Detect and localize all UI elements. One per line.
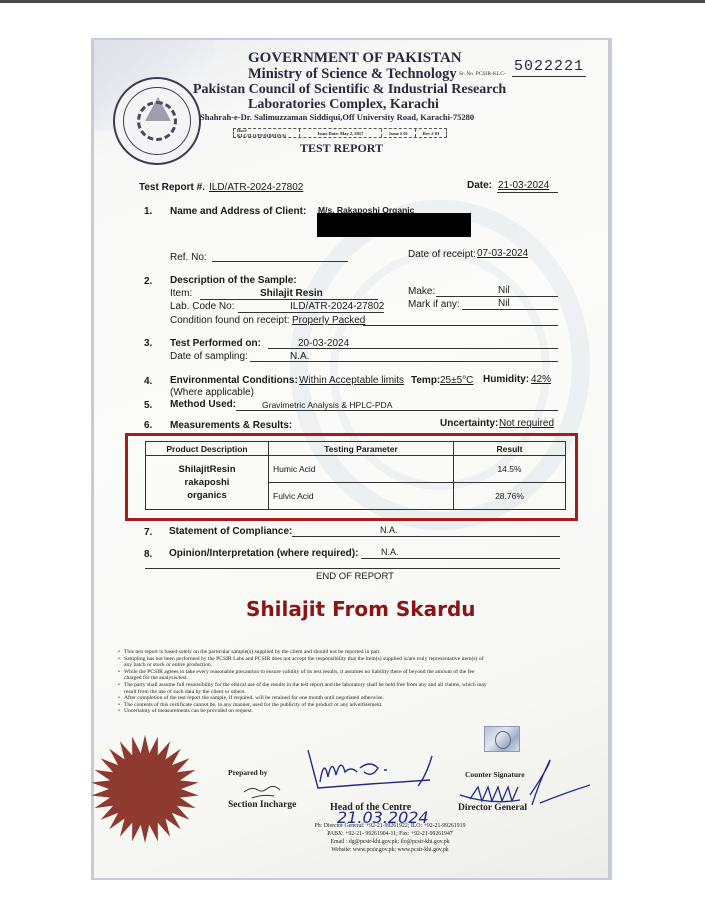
redacted-address <box>317 213 471 237</box>
report-title: TEST REPORT <box>300 141 383 156</box>
ref-no-label: Ref. No: <box>170 252 207 263</box>
section-5-number: 5. <box>144 400 152 411</box>
disclaimer-item: This test report is based solely on the … <box>118 649 488 656</box>
product-line-3: organics <box>150 489 264 502</box>
environment-note: (Where applicable) <box>170 387 254 398</box>
item-value: Shilajit Resin <box>260 288 323 299</box>
director-signature-icon <box>440 755 590 825</box>
header-result: Result <box>454 442 566 456</box>
sampling-underline <box>250 361 558 362</box>
end-of-report: END OF REPORT <box>316 571 394 582</box>
compliance-value: N.A. <box>380 525 398 535</box>
header-organization: Pakistan Council of Scientific & Industr… <box>193 82 506 98</box>
client-label: Name and Address of Client: <box>170 206 306 217</box>
disclaimer-item: The party shall assume full resonsibilit… <box>118 682 488 695</box>
condition-label: Condition found on receipt: <box>170 315 290 326</box>
document-control-box: Doc# KLC/ILO/FF/018/01(NA) Issue Date: M… <box>233 128 447 138</box>
make-label: Make: <box>408 286 435 297</box>
section-4-number: 4. <box>144 376 152 387</box>
make-underline <box>436 296 558 297</box>
temp-label: Temp: <box>411 375 440 386</box>
issue-number: Issue # 01 <box>382 129 416 137</box>
revision-number: Rev # 03 <box>416 129 446 137</box>
receipt-date-label: Date of receipt: <box>408 249 476 260</box>
uncertainty-label: Uncertainty: <box>440 418 498 429</box>
report-date-label: Date: <box>467 180 492 191</box>
head-signature-icon <box>300 740 450 810</box>
section-6-number: 6. <box>144 420 152 431</box>
parameter-cell: Fulvic Acid <box>269 483 454 510</box>
condition-value: Properly Packed <box>292 315 365 326</box>
emblem-triangle <box>145 97 171 121</box>
contact-pabx: PABX: +92-21- 99261904-11; Fax: +92-21-9… <box>290 830 490 838</box>
serial-number: 5022221 <box>512 58 586 77</box>
header-parameter: Testing Parameter <box>269 442 454 456</box>
pcsir-emblem-icon <box>113 77 201 165</box>
mark-underline <box>462 309 558 310</box>
uncertainty-value: Not required <box>499 418 554 429</box>
temp-value: 25±5°C <box>440 375 473 386</box>
results-table: Product Description Testing Parameter Re… <box>145 441 566 510</box>
humidity-label: Humidity: <box>483 374 529 385</box>
disclaimer-item: Sampling has not been performed by the P… <box>118 656 488 669</box>
opinion-value: N.A. <box>381 547 399 557</box>
disclaimer-item: While the PCSIR agrees to take every rea… <box>118 669 488 682</box>
opinion-label: Opinion/Interpretation (where required): <box>169 548 358 559</box>
table-row: ShilajitResin rakaposhi organics Humic A… <box>146 456 566 483</box>
receipt-date: 07-03-2024 <box>477 248 528 259</box>
result-cell: 28.76% <box>454 483 566 510</box>
mark-label: Mark if any: <box>408 299 460 310</box>
end-divider <box>145 568 560 569</box>
make-value: Nil <box>498 285 510 296</box>
serial-label: Sr. No. PCSIR-KLC- <box>459 71 506 77</box>
result-cell: 14.5% <box>454 456 566 483</box>
product-description-cell: ShilajitResin rakaposhi organics <box>146 456 269 510</box>
header-lab: Laboratories Complex, Karachi <box>248 97 439 113</box>
item-underline <box>200 299 378 300</box>
test-date-underline <box>268 348 558 349</box>
parameter-cell: Humic Acid <box>269 456 454 483</box>
official-seal-icon <box>90 734 200 844</box>
report-number-label: Test Report #. <box>139 182 205 193</box>
section-incharge-signature-icon <box>230 770 290 810</box>
condition-underline <box>363 325 558 326</box>
disclaimer-list: This test report is based solely on the … <box>118 649 488 715</box>
humidity-value: 42% <box>531 374 551 385</box>
sample-description-label: Description of the Sample: <box>170 275 297 286</box>
section-2-number: 2. <box>144 276 152 287</box>
results-label: Measurements & Results: <box>170 420 292 431</box>
doc-number: Doc# KLC/ILO/FF/018/01(NA) <box>234 129 300 137</box>
method-label: Method Used: <box>170 399 236 410</box>
method-value: Gravimetric Analysis & HPLC-PDA <box>262 400 392 410</box>
table-header-row: Product Description Testing Parameter Re… <box>146 442 566 456</box>
environment-label: Environmental Conditions: <box>170 375 298 386</box>
compliance-label: Statement of Compliance: <box>169 526 292 537</box>
window-top-border <box>0 0 705 3</box>
date-underline <box>497 192 558 193</box>
opinion-underline <box>361 558 560 559</box>
header-product: Product Description <box>146 442 269 456</box>
compliance-underline <box>292 536 560 537</box>
method-underline <box>236 410 558 411</box>
section-3-number: 3. <box>144 338 152 349</box>
test-performed-label: Test Performed on: <box>170 338 261 349</box>
section-1-number: 1. <box>144 206 152 217</box>
hologram-sticker-icon <box>484 726 520 752</box>
item-label: Item: <box>170 288 192 299</box>
section-8-number: 8. <box>144 549 152 560</box>
lab-code-label: Lab. Code No: <box>170 301 235 312</box>
mark-value: Nil <box>498 298 510 309</box>
contact-email: Email : dg@pcsir-khi.gov.pk; ilo@pcsir-k… <box>290 838 490 846</box>
report-date: 21-03-2024 <box>498 180 549 191</box>
contact-website: Website: www.pcsir.gov.pk; www.pcsir-khi… <box>290 846 490 854</box>
lab-code-value: ILD/ATR-2024-27802 <box>290 301 384 312</box>
ref-no-field <box>212 261 348 262</box>
product-line-1: ShilajitResin <box>150 463 264 476</box>
header-address: Shahrah-e-Dr. Salimuzzaman Siddiqui,Off … <box>200 112 474 122</box>
environment-value: Within Acceptable limits <box>299 375 404 386</box>
header-ministry: Ministry of Science & Technology <box>248 66 457 83</box>
disclaimer-item: Uncertainty of measurements can be provi… <box>118 708 488 715</box>
disclaimer-item: After completion of the test report the … <box>118 695 488 702</box>
sampling-date-label: Date of sampling: <box>170 351 248 362</box>
header-government: GOVERNMENT OF PAKISTAN <box>248 50 462 67</box>
lab-code-underline <box>238 312 384 313</box>
issue-date: Issue Date: May 2, 2017 <box>300 129 382 137</box>
overlay-caption: Shilajit From Skardu <box>246 597 476 621</box>
product-line-2: rakaposhi <box>150 476 264 489</box>
contact-block: Ph: Director General: +92-21-99261922; I… <box>290 822 490 854</box>
contact-phone: Ph: Director General: +92-21-99261922; I… <box>290 822 490 830</box>
section-7-number: 7. <box>144 527 152 538</box>
report-number: ILD/ATR-2024-27802 <box>209 182 303 193</box>
